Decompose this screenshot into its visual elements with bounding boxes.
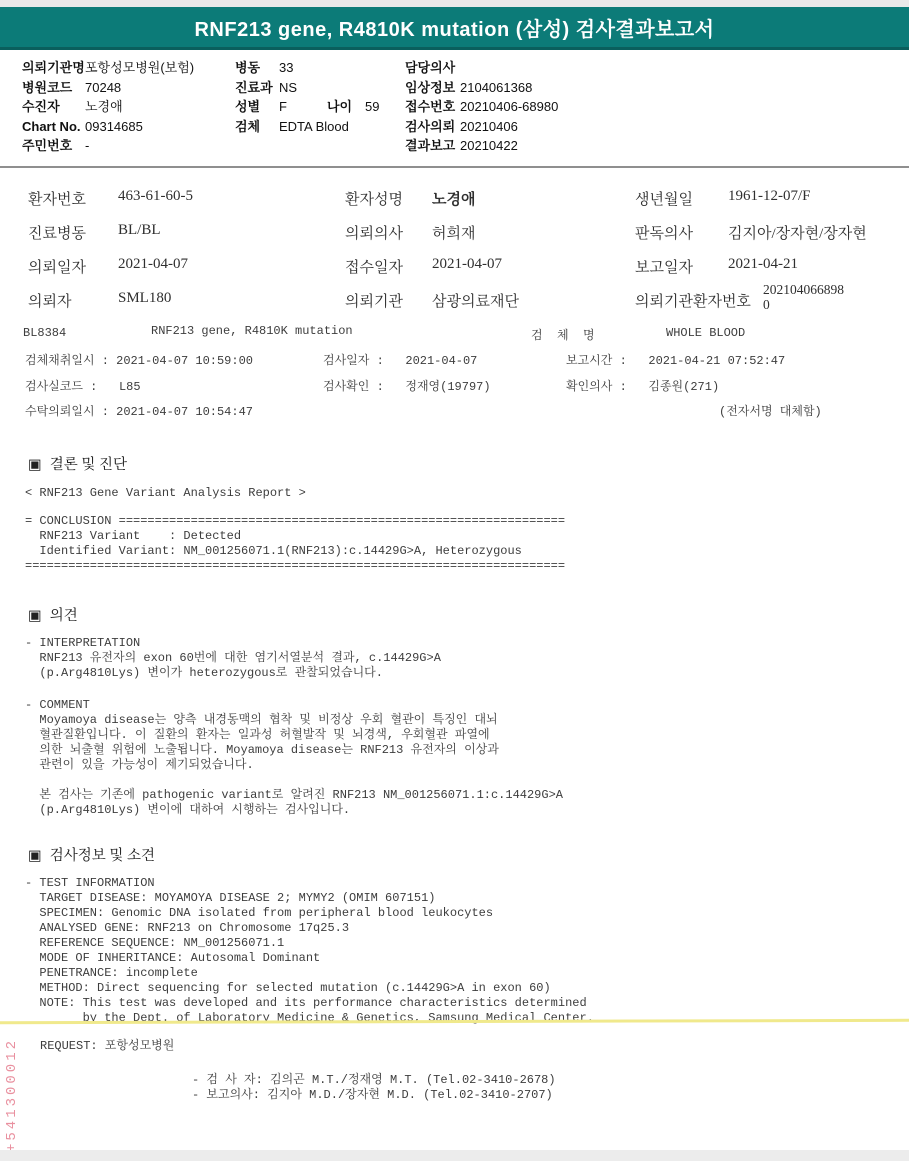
- comment-text: - COMMENT Moyamoya disease는 양측 내경동맥의 협착 …: [25, 698, 563, 818]
- lab-code: 검사실코드 : L85: [25, 377, 141, 394]
- test-verified-by: 검사확인 : 정재영(19797): [323, 377, 491, 394]
- confirming-doctor: 확인의사 : 김종원(271): [566, 377, 719, 394]
- order-info-left-column: 의뢰기관명포항성모병원(보험) 병원코드70248 수진자노경애 Chart N…: [22, 58, 237, 156]
- label-specimen-name: 검 체 명: [531, 326, 595, 343]
- test-name: RNF213 gene, R4810K mutation: [151, 324, 353, 338]
- label-referring-doctor: 의뢰의사: [345, 222, 403, 243]
- order-info-mid-column: 병동33 진료과NS 성별F나이59 검체EDTA Blood: [235, 58, 405, 136]
- square-bullet-icon: ▣: [28, 457, 42, 473]
- label-institution-patient-no: 의뢰기관환자번호: [635, 290, 751, 311]
- label-report-date: 보고일자: [635, 256, 693, 277]
- square-bullet-icon: ▣: [28, 608, 42, 624]
- value-ward-unit: BL/BL: [118, 222, 161, 239]
- label-sex: 성별: [235, 97, 279, 117]
- consignment-request-datetime: 수탁의뢰일시 : 2021-04-07 10:54:47: [25, 402, 253, 419]
- value-result-reported: 20210422: [460, 136, 518, 156]
- label-examinee: 수진자: [22, 97, 85, 117]
- request-hospital: REQUEST: 포항성모병원: [40, 1036, 174, 1053]
- value-accession-no: 20210406-68980: [460, 97, 558, 117]
- value-requesting-institution: 삼광의료재단: [432, 290, 519, 311]
- value-patient-name: 노경애: [432, 188, 475, 209]
- label-result-reported: 결과보고: [405, 136, 460, 156]
- label-birth-date: 생년월일: [635, 188, 693, 209]
- section-conclusion-title: 결론 및 진단: [50, 457, 127, 473]
- value-clinical-info: 2104061368: [460, 78, 532, 98]
- test-date: 검사일자 : 2021-04-07: [323, 351, 477, 368]
- specimen-collected-datetime: 검체채취일시 : 2021-04-07 10:59:00: [25, 351, 253, 368]
- value-request-date: 2021-04-07: [118, 256, 188, 273]
- label-attending-doctor: 담당의사: [405, 58, 460, 78]
- label-test-requested: 검사의뢰: [405, 117, 460, 137]
- value-report-date: 2021-04-21: [728, 256, 798, 273]
- label-clinical-info: 임상정보: [405, 78, 460, 98]
- label-patient-name: 환자성명: [345, 188, 403, 209]
- label-hospital-code: 병원코드: [22, 78, 85, 98]
- label-patient-no: 환자번호: [28, 188, 86, 209]
- order-code: BL8384: [23, 326, 66, 340]
- value-requesting-org: 포항성모병원(보험): [85, 58, 194, 78]
- square-bullet-icon: ▣: [28, 848, 42, 864]
- section-conclusion-header: ▣결론 및 진단: [28, 453, 127, 474]
- value-reading-doctor: 김지아/장자현/장자현: [728, 222, 867, 243]
- label-requesting-institution: 의뢰기관: [345, 290, 403, 311]
- value-birth-date: 1961-12-07/F: [728, 188, 811, 205]
- label-ward: 병동: [235, 58, 279, 78]
- label-reading-doctor: 판독의사: [635, 222, 693, 243]
- order-info-right-column: 담당의사 임상정보2104061368 접수번호20210406-68980 검…: [405, 58, 685, 156]
- label-specimen: 검체: [235, 117, 279, 137]
- section-test-info-title: 검사정보 및 소견: [50, 848, 155, 864]
- value-ward: 33: [279, 58, 293, 78]
- value-hospital-code: 70248: [85, 78, 121, 98]
- label-age: 나이: [327, 97, 365, 117]
- value-specimen-name: WHOLE BLOOD: [666, 326, 745, 340]
- value-resident-no: -: [85, 136, 89, 156]
- value-sex: F: [279, 97, 327, 117]
- value-test-requested: 20210406: [460, 117, 518, 137]
- section-test-info-header: ▣검사정보 및 소견: [28, 844, 155, 865]
- test-information-text: - TEST INFORMATION TARGET DISEASE: MOYAM…: [25, 876, 594, 1026]
- header-divider: [0, 166, 909, 168]
- variant-report-title: < RNF213 Gene Variant Analysis Report >: [25, 486, 306, 500]
- label-receipt-date: 접수일자: [345, 256, 403, 277]
- conclusion-body: = CONCLUSION ===========================…: [25, 514, 565, 574]
- label-department: 진료과: [235, 78, 279, 98]
- reporting-doctor-line: - 보고의사: 김지아 M.D./장자현 M.D. (Tel.02-3410-2…: [192, 1085, 553, 1102]
- esignature-note: (전자서명 대체함): [719, 402, 822, 419]
- value-institution-patient-no: 202104066898 0: [763, 282, 844, 312]
- scan-top-edge: [0, 0, 909, 7]
- scan-bottom-edge: [0, 1150, 909, 1161]
- label-chart-no: Chart No.: [22, 117, 85, 137]
- section-opinion-header: ▣의견: [28, 604, 78, 625]
- value-age: 59: [365, 97, 379, 117]
- report-time: 보고시간 : 2021-04-21 07:52:47: [566, 351, 785, 368]
- value-examinee: 노경애: [85, 97, 123, 117]
- order-info-header: 의뢰기관명포항성모병원(보험) 병원코드70248 수진자노경애 Chart N…: [0, 58, 909, 163]
- section-opinion-title: 의견: [50, 608, 78, 624]
- label-requesting-org: 의뢰기관명: [22, 58, 85, 78]
- interpretation-text: - INTERPRETATION RNF213 유전자의 exon 60번에 대…: [25, 636, 441, 681]
- value-department: NS: [279, 78, 297, 98]
- value-specimen: EDTA Blood: [279, 117, 349, 137]
- side-barcode-number: +541300012: [4, 1012, 20, 1152]
- value-receipt-date: 2021-04-07: [432, 256, 502, 273]
- report-title: RNF213 gene, R4810K mutation (삼성) 검사결과보고…: [194, 13, 714, 42]
- value-referring-doctor: 허희재: [432, 222, 475, 243]
- label-resident-no: 주민번호: [22, 136, 85, 156]
- label-requester: 의뢰자: [28, 290, 71, 311]
- label-accession-no: 접수번호: [405, 97, 460, 117]
- label-ward-unit: 진료병동: [28, 222, 86, 243]
- value-chart-no: 09314685: [85, 117, 143, 137]
- value-requester: SML180: [118, 290, 171, 307]
- value-patient-no: 463-61-60-5: [118, 188, 193, 205]
- label-request-date: 의뢰일자: [28, 256, 86, 277]
- report-title-banner: RNF213 gene, R4810K mutation (삼성) 검사결과보고…: [0, 7, 909, 50]
